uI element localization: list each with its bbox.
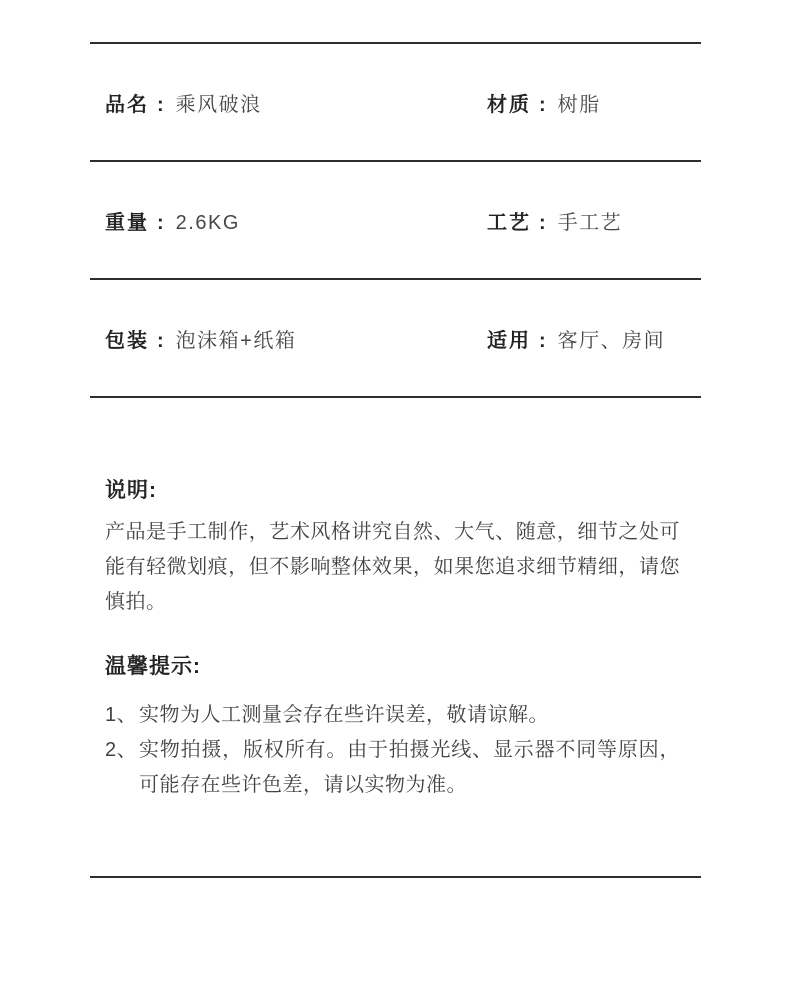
spec-value: 树脂 xyxy=(558,88,601,117)
spec-label: 重量 xyxy=(105,206,149,235)
spec-label: 材质 xyxy=(487,88,531,117)
list-item-text: 实物拍摄，版权所有。由于拍摄光线、显示器不同等原因，可能存在些许色差，请以实物为… xyxy=(139,733,680,803)
spec-cell-packing: 包装 : 泡沫箱+纸箱 xyxy=(90,324,487,353)
list-item-text: 实物为人工测量会存在些许误差，敬请谅解。 xyxy=(139,698,680,733)
list-item-marker: 1、 xyxy=(105,698,139,733)
spec-colon: : xyxy=(539,94,546,117)
spec-cell-material: 材质 : 树脂 xyxy=(487,88,601,117)
spec-value: 手工艺 xyxy=(558,206,623,235)
bottom-divider xyxy=(90,876,701,878)
spec-label: 适用 xyxy=(487,324,531,353)
spec-row-name-material: 品名 : 乘风破浪 材质 : 树脂 xyxy=(90,42,701,160)
spec-table: 品名 : 乘风破浪 材质 : 树脂 重量 : 2.6KG 工艺 : 手工艺 xyxy=(90,42,701,398)
list-item: 2、 实物拍摄，版权所有。由于拍摄光线、显示器不同等原因，可能存在些许色差，请以… xyxy=(105,733,680,803)
spec-row-packing-usage: 包装 : 泡沫箱+纸箱 适用 : 客厅、房间 xyxy=(90,278,701,396)
spec-value: 2.6KG xyxy=(176,212,240,235)
spec-value: 乘风破浪 xyxy=(176,88,262,117)
list-item: 1、 实物为人工测量会存在些许误差，敬请谅解。 xyxy=(105,698,680,733)
spec-colon: : xyxy=(539,330,546,353)
tips-list: 1、 实物为人工测量会存在些许误差，敬请谅解。 2、 实物拍摄，版权所有。由于拍… xyxy=(105,698,680,803)
spec-colon: : xyxy=(157,330,164,353)
spec-cell-product-name: 品名 : 乘风破浪 xyxy=(90,88,487,117)
spec-colon: : xyxy=(539,212,546,235)
spec-row-weight-craft: 重量 : 2.6KG 工艺 : 手工艺 xyxy=(90,160,701,278)
spec-value: 客厅、房间 xyxy=(558,324,666,353)
spec-cell-usage: 适用 : 客厅、房间 xyxy=(487,324,665,353)
description-heading: 说明: xyxy=(105,480,680,501)
spec-label: 包装 xyxy=(105,324,149,353)
spec-label: 工艺 xyxy=(487,206,531,235)
spec-colon: : xyxy=(157,212,164,235)
spec-cell-weight: 重量 : 2.6KG xyxy=(90,206,487,235)
spec-value: 泡沫箱+纸箱 xyxy=(176,324,297,353)
description-text: 产品是手工制作，艺术风格讲究自然、大气、随意，细节之处可能有轻微划痕，但不影响整… xyxy=(105,515,680,620)
spec-cell-craft: 工艺 : 手工艺 xyxy=(487,206,622,235)
notes-section: 说明: 产品是手工制作，艺术风格讲究自然、大气、随意，细节之处可能有轻微划痕，但… xyxy=(90,480,680,803)
product-info-sheet: 品名 : 乘风破浪 材质 : 树脂 重量 : 2.6KG 工艺 : 手工艺 xyxy=(90,42,701,878)
list-item-marker: 2、 xyxy=(105,733,139,768)
spec-colon: : xyxy=(157,94,164,117)
spec-label: 品名 xyxy=(105,88,149,117)
tips-heading: 温馨提示: xyxy=(105,656,680,677)
